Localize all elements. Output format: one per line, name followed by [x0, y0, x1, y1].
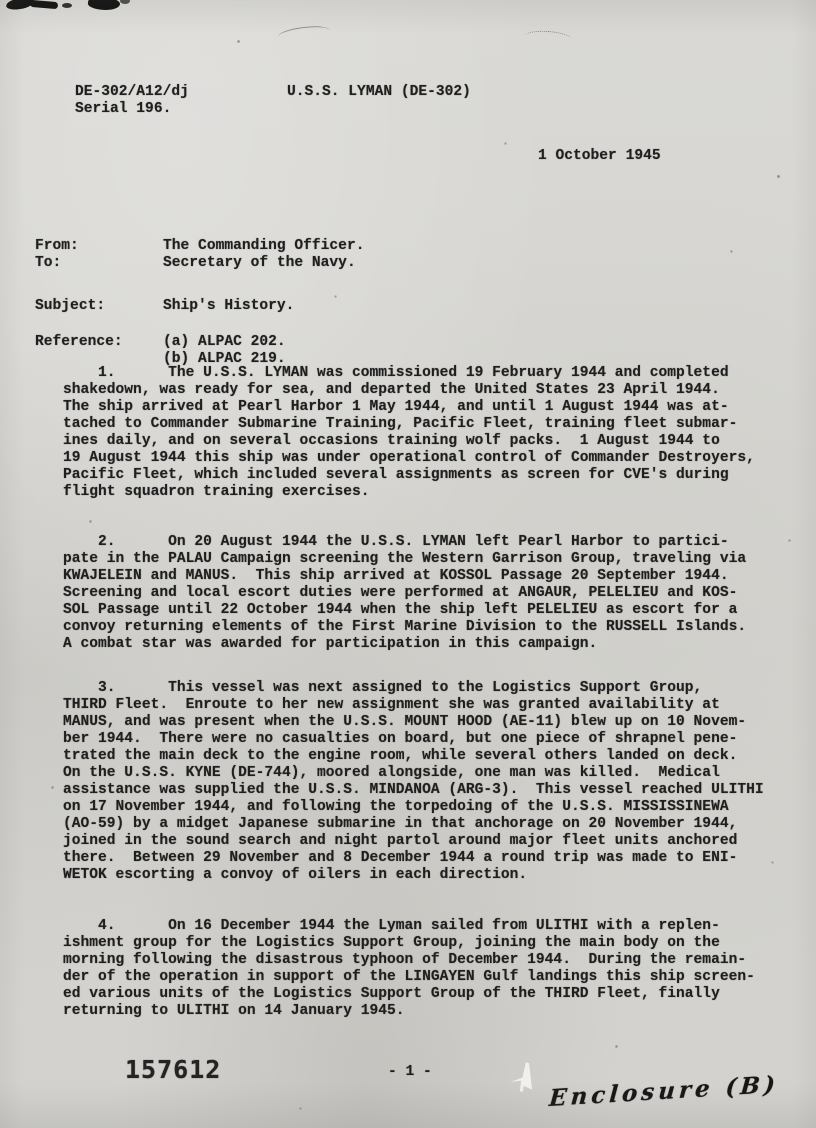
serial-number: Serial 196. [75, 101, 171, 118]
ink-blot-artifact [30, 0, 59, 9]
paragraph-1: 1. The U.S.S. LYMAN was commissioned 19 … [63, 365, 775, 501]
scratch-mark-artifact [524, 29, 573, 46]
paragraph-4: 4. On 16 December 1944 the Lyman sailed … [63, 918, 775, 1020]
paragraph-2: 2. On 20 August 1944 the U.S.S. LYMAN le… [63, 534, 775, 653]
paragraph-3: 3. This vessel was next assigned to the … [63, 680, 775, 884]
ship-title: U.S.S. LYMAN (DE-302) [287, 84, 471, 101]
stamp-number: 157612 [125, 1056, 221, 1084]
handwritten-note: Enclosure (B) [548, 1067, 816, 1114]
subject-value: Ship's History. [163, 298, 294, 314]
letter-date: 1 October 1945 [538, 148, 661, 165]
ink-blot-artifact [87, 0, 120, 12]
paper-speckles [0, 0, 1, 1]
to-value: Secretary of the Navy. [163, 255, 356, 271]
page-number: - 1 - [388, 1064, 432, 1081]
white-patch-artifact [511, 1062, 533, 1092]
ink-blot-artifact [120, 0, 130, 4]
document-page: DE-302/A12/dj Serial 196. U.S.S. LYMAN (… [0, 0, 816, 1128]
scratch-mark-artifact [277, 24, 330, 43]
file-reference: DE-302/A12/dj [75, 84, 189, 101]
ink-blot-artifact [62, 3, 72, 8]
to-label: To: [35, 255, 163, 272]
subject-label: Subject: [35, 298, 163, 315]
